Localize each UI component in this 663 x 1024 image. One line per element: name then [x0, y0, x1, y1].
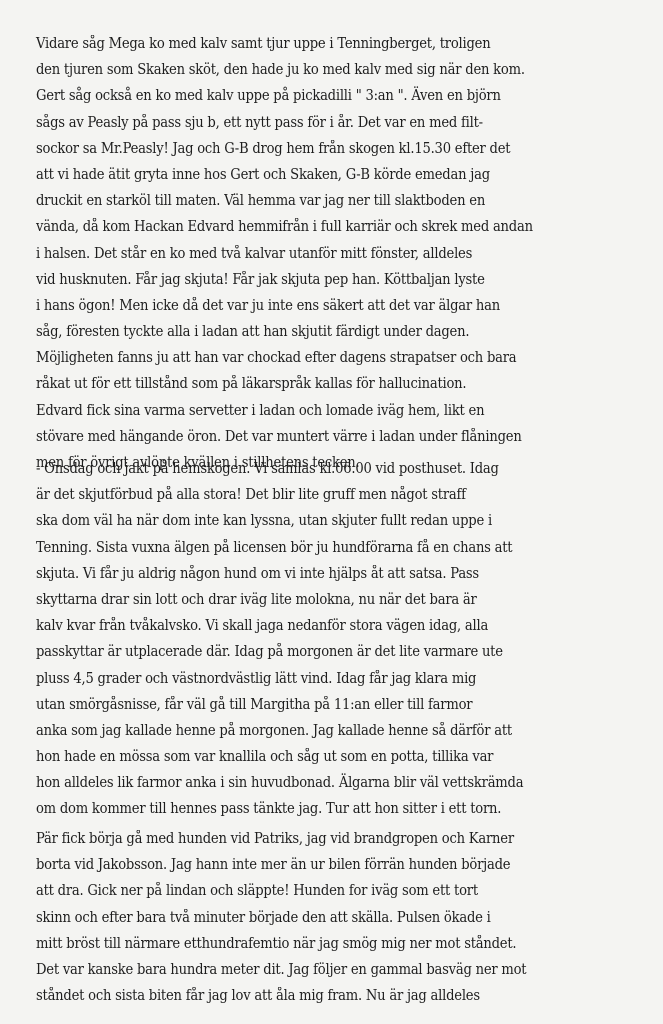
- text-line: Vidare såg Mega ko med kalv samt tjur up…: [36, 31, 594, 57]
- text-line: den tjuren som Skaken sköt, den hade ju …: [36, 57, 594, 83]
- text-line: Det var kanske bara hundra meter dit. Ja…: [36, 957, 594, 983]
- text-line: ståndet och sista biten får jag lov att …: [36, 983, 594, 1009]
- text-line: Gert såg också en ko med kalv uppe på pi…: [36, 83, 594, 109]
- text-line: att dra. Gick ner på lindan och släppte!…: [36, 878, 594, 904]
- text-line: anka som jag kallade henne på morgonen. …: [36, 718, 594, 744]
- text-line: kalv kvar från tvåkalvsko. Vi skall jaga…: [36, 613, 594, 639]
- text-line: hon hade en mössa som var knallila och s…: [36, 744, 594, 770]
- text-line: Pär fick börja gå med hunden vid Patriks…: [36, 826, 594, 852]
- scanned-typewritten-page: Vidare såg Mega ko med kalv samt tjur up…: [0, 0, 663, 1024]
- text-line: utan smörgåsnisse, får väl gå till Margi…: [36, 692, 594, 718]
- text-line: mitt bröst till närmare etthundrafemtio …: [36, 931, 594, 957]
- text-line: sågs av Peasly på pass sju b, ett nytt p…: [36, 110, 594, 136]
- text-line: sockor sa Mr.Peasly! Jag och G-B drog he…: [36, 136, 594, 162]
- text-line: Tenning. Sista vuxna älgen på licensen b…: [36, 535, 594, 561]
- text-line: borta vid Jakobsson. Jag hann inte mer ä…: [36, 852, 594, 878]
- text-line: att vi hade ätit gryta inne hos Gert och…: [36, 162, 594, 188]
- paragraph-2: - Onsdag och jakt på hemskogen. Vi samla…: [36, 456, 656, 823]
- text-line: Möjligheten fanns ju att han var chockad…: [36, 345, 594, 371]
- text-line: stövare med hängande öron. Det var munte…: [36, 424, 594, 450]
- text-line: är det skjutförbud på alla stora! Det bl…: [36, 482, 594, 508]
- text-line: druckit en starköl till maten. Väl hemma…: [36, 188, 594, 214]
- text-line: i hans ögon! Men icke då det var ju inte…: [36, 293, 594, 319]
- paragraph-3: Pär fick börja gå med hunden vid Patriks…: [36, 826, 656, 1009]
- text-line: råkat ut för ett tillstånd som på läkars…: [36, 371, 594, 397]
- text-line: skjuta. Vi får ju aldrig någon hund om v…: [36, 561, 594, 587]
- text-line: pluss 4,5 grader och västnordvästlig lät…: [36, 666, 594, 692]
- text-line: passkyttar är utplacerade där. Idag på m…: [36, 639, 594, 665]
- text-line: - Onsdag och jakt på hemskogen. Vi samla…: [36, 456, 594, 482]
- text-line: såg, föresten tyckte alla i ladan att ha…: [36, 319, 594, 345]
- text-line: vända, då kom Hackan Edvard hemmifrån i …: [36, 214, 594, 240]
- text-line: skyttarna drar sin lott och drar iväg li…: [36, 587, 594, 613]
- text-line: vid husknuten. Får jag skjuta! Får jak s…: [36, 267, 594, 293]
- text-line: ska dom väl ha när dom inte kan lyssna, …: [36, 508, 594, 534]
- paragraph-1: Vidare såg Mega ko med kalv samt tjur up…: [36, 31, 656, 476]
- text-line: i halsen. Det står en ko med två kalvar …: [36, 241, 594, 267]
- text-line: hon alldeles lik farmor anka i sin huvud…: [36, 770, 594, 796]
- text-line: om dom kommer till hennes pass tänkte ja…: [36, 796, 594, 822]
- text-line: Edvard fick sina varma servetter i ladan…: [36, 398, 594, 424]
- text-line: skinn och efter bara två minuter började…: [36, 905, 594, 931]
